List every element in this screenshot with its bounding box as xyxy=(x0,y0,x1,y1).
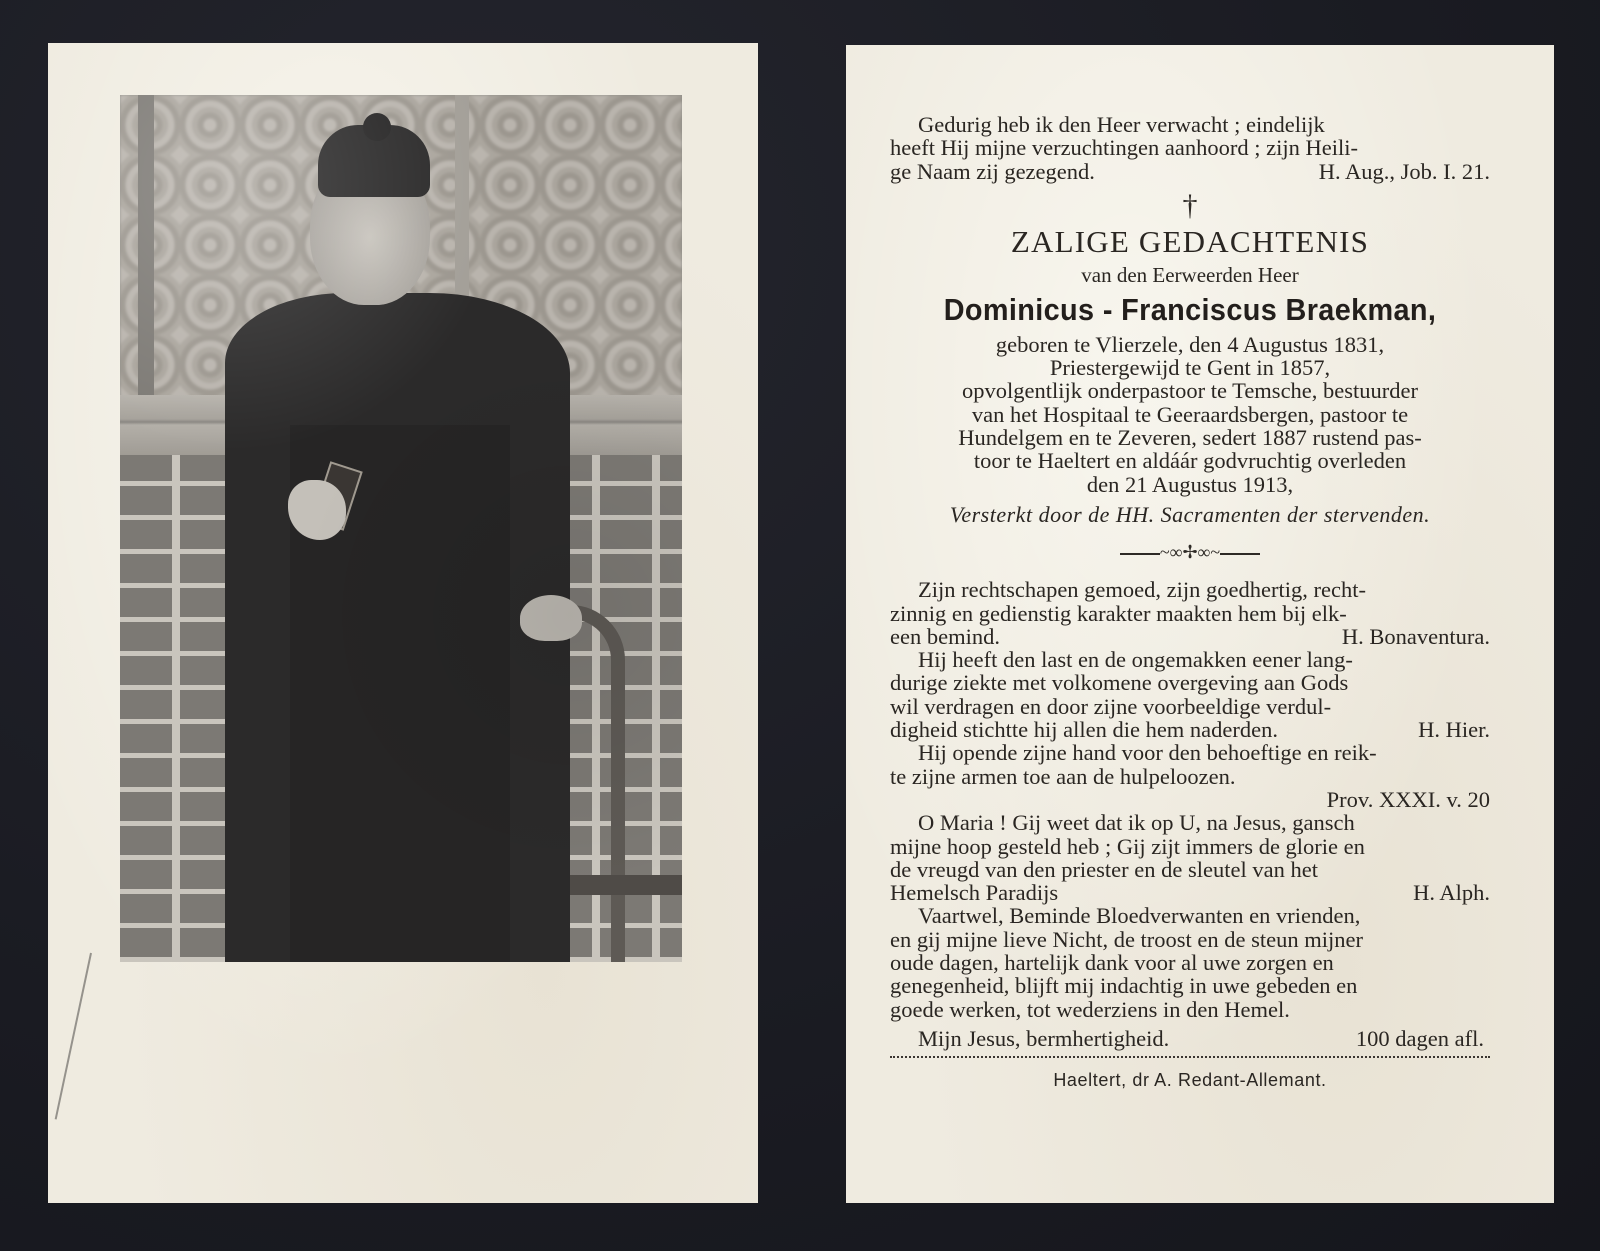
epigraph-line: ge Naam zij gezegend. H. Aug., Job. I. 2… xyxy=(890,160,1490,183)
passage-hieronymus: Hij heeft den last en de ongemakken eene… xyxy=(890,648,1490,741)
right-panel: Gedurig heb ik den Heer verwacht ; einde… xyxy=(846,45,1554,1203)
bio-line: Priestergewijd te Gent in 1857, xyxy=(890,356,1490,379)
memorial-text: Gedurig heb ik den Heer verwacht ; einde… xyxy=(890,113,1490,1092)
indulgence-line: Mijn Jesus, bermhertigheid. 100 dagen af… xyxy=(890,1027,1490,1050)
passage-proverbs: Hij opende zijne hand voor den behoeftig… xyxy=(890,741,1490,811)
passage-bonaventura: Zijn rechtschapen gemoed, zijn goedherti… xyxy=(890,578,1490,648)
sacraments-line: Versterkt door de HH. Sacramenten der st… xyxy=(890,503,1490,526)
biography: geboren te Vlierzele, den 4 Augustus 183… xyxy=(890,333,1490,526)
subheading: van den Eerweerden Heer xyxy=(890,261,1490,289)
epigraph: Gedurig heb ik den Heer verwacht ; einde… xyxy=(890,113,1490,183)
photo-grain xyxy=(120,95,682,962)
bio-line: opvolgentlijk onderpastoor te Temsche, b… xyxy=(890,379,1490,402)
indulgence-prayer: Mijn Jesus, bermhertigheid. xyxy=(918,1027,1169,1050)
heading: ZALIGE GEDACHTENIS xyxy=(890,225,1490,259)
citation: H. Hier. xyxy=(1418,718,1490,741)
ornament-divider-icon: ~∞✢∞~ xyxy=(890,542,1490,562)
bio-line: van het Hospitaal te Geeraardsbergen, pa… xyxy=(890,403,1490,426)
bio-line: toor te Haeltert en aldáár godvruchtig o… xyxy=(890,449,1490,472)
citation: Prov. XXXI. v. 20 xyxy=(1327,788,1490,811)
printer-credit: Haeltert, dr A. Redant-Allemant. xyxy=(890,1068,1490,1092)
passage-maria: O Maria ! Gij weet dat ik op U, na Jesus… xyxy=(890,811,1490,904)
citation: H. Alph. xyxy=(1413,881,1490,904)
bio-line: Hundelgem en te Zeveren, sedert 1887 rus… xyxy=(890,426,1490,449)
dotted-divider xyxy=(890,1056,1490,1058)
citation: H. Bonaventura. xyxy=(1342,625,1490,648)
left-panel xyxy=(48,43,758,1203)
portrait-photo xyxy=(120,95,682,962)
bio-line: den 21 Augustus 1913, xyxy=(890,473,1490,496)
indulgence-days: 100 dagen afl. xyxy=(1356,1027,1484,1050)
paper-crease xyxy=(55,953,92,1120)
passage-farewell: Vaartwel, Beminde Bloedverwanten en vrie… xyxy=(890,904,1490,1020)
deceased-name: Dominicus - Franciscus Braekman, xyxy=(911,291,1469,329)
epigraph-citation: H. Aug., Job. I. 21. xyxy=(1319,160,1490,183)
bio-line: geboren te Vlierzele, den 4 Augustus 183… xyxy=(890,333,1490,356)
epigraph-line: heeft Hij mijne verzuchtingen aanhoord ;… xyxy=(890,136,1490,159)
epigraph-line: Gedurig heb ik den Heer verwacht ; einde… xyxy=(890,113,1490,136)
cross-icon: † xyxy=(890,189,1490,223)
